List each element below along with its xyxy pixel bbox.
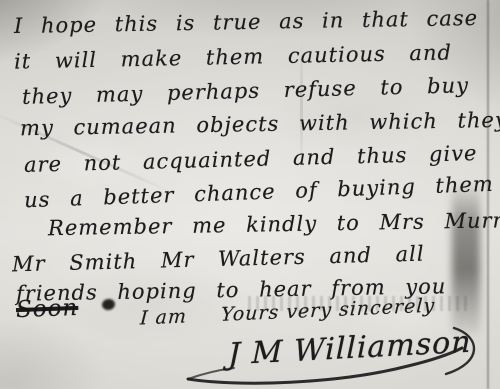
letter-line: us a better chance of buying them — [24, 172, 494, 212]
closing-lead: I am — [139, 305, 187, 329]
letter-line: it will make them cautious and — [14, 40, 452, 73]
letter-line: I hope this is true as in that case — [14, 6, 478, 38]
ink-blot — [101, 298, 116, 311]
letter-line: they may perhaps refuse to buy — [22, 73, 469, 109]
struck-word: Soon — [16, 295, 79, 323]
letter-line: my cumaean objects with which they — [20, 108, 500, 141]
letter-line: Remember me kindly to Mrs Murray — [48, 208, 500, 240]
signature: J M Williamson — [228, 325, 472, 373]
letter-line: are not acquainted and thus give — [24, 141, 478, 177]
ink-smudge — [452, 182, 480, 334]
letter-line: Mr Smith Mr Walters and all — [12, 242, 425, 277]
letter-page: I hope this is true as in that case it w… — [0, 0, 500, 389]
